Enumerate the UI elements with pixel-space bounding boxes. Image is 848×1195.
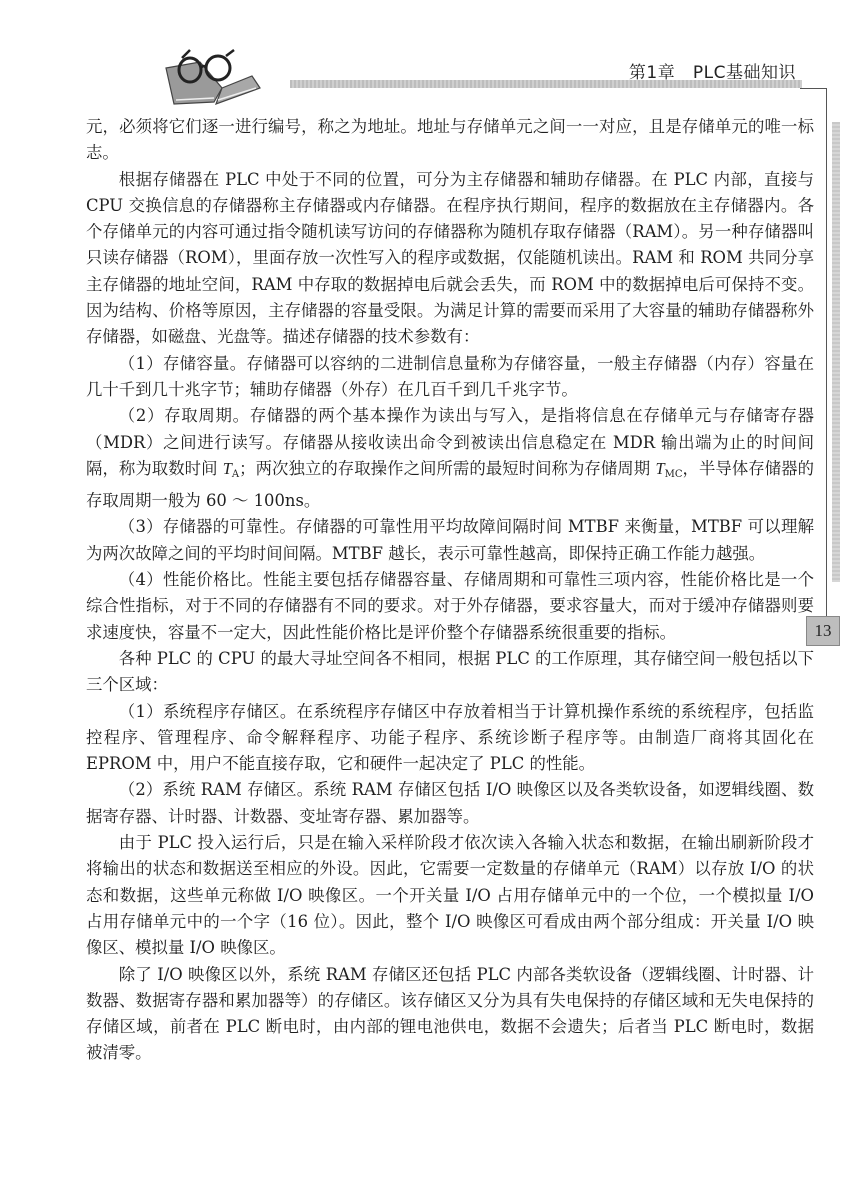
paragraph: （1）存储容量。存储器可以容纳的二进制信息量称为存储容量，一般主存储器（内存）容… xyxy=(86,351,814,404)
page-border-top xyxy=(800,88,827,89)
paragraph: （3）存储器的可靠性。存储器的可靠性用平均故障间隔时间 MTBF 来衡量，MTB… xyxy=(86,514,814,567)
margin-shadow xyxy=(832,122,840,582)
body-text: 元，必须将它们逐一进行编号，称之为地址。地址与存储单元之间一一对应，且是存储单元… xyxy=(86,114,814,1067)
paragraph: 由于 PLC 投入运行后，只是在输入采样阶段才依次读入各输入状态和数据，在输出刷… xyxy=(86,830,814,961)
paragraph: （2）存取周期。存储器的两个基本操作为读出与写入，是指将信息在存储单元与存储寄存… xyxy=(86,403,814,514)
paragraph: 根据存储器在 PLC 中处于不同的位置，可分为主存储器和辅助存储器。在 PLC … xyxy=(86,167,814,351)
chapter-title: 第1章 PLC基础知识 xyxy=(629,58,796,83)
paragraph: 元，必须将它们逐一进行编号，称之为地址。地址与存储单元之间一一对应，且是存储单元… xyxy=(86,114,814,167)
paragraph: （4）性能价格比。性能主要包括存储器容量、存储周期和可靠性三项内容，性能价格比是… xyxy=(86,567,814,646)
paragraph: 除了 I/O 映像区以外，系统 RAM 存储区还包括 PLC 内部各类软设备（逻… xyxy=(86,962,814,1067)
book-with-glasses-icon xyxy=(160,48,300,106)
page-border-right xyxy=(826,88,827,616)
paragraph: （1）系统程序存储区。在系统程序存储区中存放着相当于计算机操作系统的系统程序，包… xyxy=(86,699,814,778)
paragraph: （2）系统 RAM 存储区。系统 RAM 存储区包括 I/O 映像区以及各类软设… xyxy=(86,777,814,830)
paragraph: 各种 PLC 的 CPU 的最大寻址空间各不相同，根据 PLC 的工作原理，其存… xyxy=(86,646,814,699)
